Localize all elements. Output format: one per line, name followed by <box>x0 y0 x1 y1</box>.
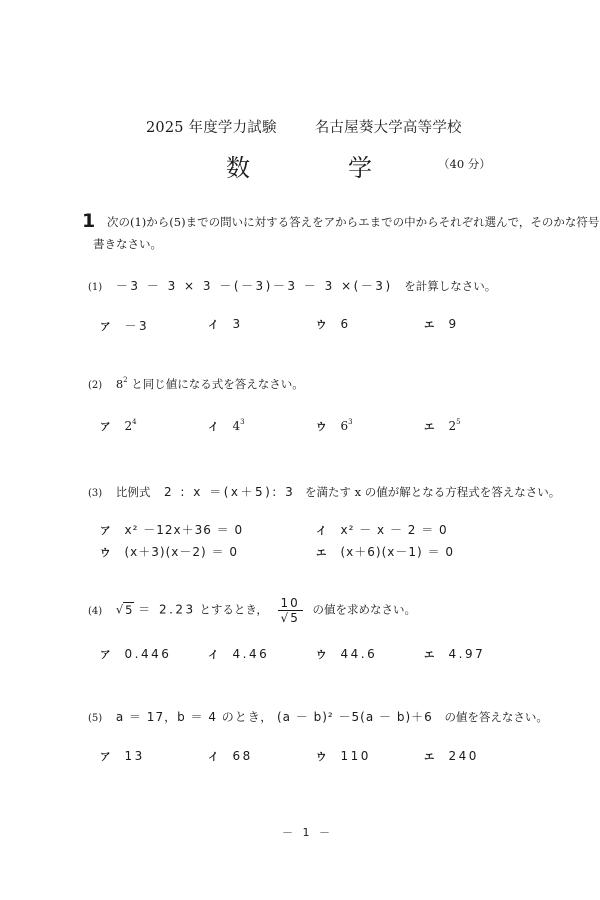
question-instruction: の値を求めなさい。 <box>312 603 416 617</box>
option-c: ウ110 <box>316 749 371 764</box>
option-b: イ43 <box>208 418 245 434</box>
question-condition: a ＝ 17，b ＝ 4 のとき， <box>116 710 273 724</box>
question-number: (1) <box>88 282 102 293</box>
question-label: 比例式 <box>116 485 151 499</box>
question-2: (2) 82 と同じ値になる式を答えなさい。 <box>88 376 304 392</box>
question-instruction: の値を答えなさい。 <box>444 710 548 724</box>
exam-title: 2025 年度学力試験 <box>146 120 277 136</box>
option-d: エ240 <box>424 749 479 764</box>
question-expression: 82 <box>116 377 128 391</box>
instruction-line-2: 書きなさい。 <box>93 236 162 252</box>
question-expression: 2 : x ＝(x＋5): 3 <box>164 485 295 499</box>
instruction-line-1: 次の(1)から(5)までの問いに対する答えをアからエまでの中からそれぞれ選んで，… <box>107 214 600 230</box>
option-d: エ9 <box>424 317 459 332</box>
question-1: (1) －3 － 3 × 3 －(－3)－3 － 3 ×(－3) を計算しなさい… <box>88 277 496 294</box>
section-number: 1 <box>82 210 95 232</box>
option-a: ア13 <box>100 749 145 764</box>
sqrt-expression: √5 <box>116 602 135 617</box>
given-value: ＝ 2.23 <box>138 603 196 617</box>
question-number: (5) <box>88 713 102 724</box>
option-a: ア－3 <box>100 317 149 334</box>
question-number: (4) <box>88 606 102 617</box>
question-expression: －3 － 3 × 3 －(－3)－3 － 3 ×(－3) <box>116 279 393 293</box>
question-instruction: を満たす x の値が解となる方程式を答えなさい。 <box>305 485 560 499</box>
question-number: (3) <box>88 488 102 499</box>
option-a: アx² －12x＋36 ＝ 0 <box>100 521 243 538</box>
question-4: (4) √5 ＝ 2.23 とするとき， 10√5 の値を求めなさい。 <box>88 596 416 625</box>
option-b: イ4.46 <box>208 647 269 662</box>
option-c: ウ6 <box>316 317 351 332</box>
option-c: ウ63 <box>316 418 353 434</box>
option-c: ウ(x＋3)(x－2) ＝ 0 <box>100 543 238 560</box>
fraction: 10√5 <box>278 596 303 625</box>
option-d: エ4.97 <box>424 647 485 662</box>
option-a: ア24 <box>100 418 137 434</box>
question-instruction: と同じ値になる式を答えなさい。 <box>131 377 304 391</box>
question-number: (2) <box>88 380 102 391</box>
question-5: (5) a ＝ 17，b ＝ 4 のとき， (a － b)² －5(a － b)… <box>88 708 548 725</box>
question-3: (3) 比例式 2 : x ＝(x＋5): 3 を満たす x の値が解となる方程… <box>88 483 560 500</box>
page-number: － 1 － <box>282 824 333 840</box>
subject-title-char-1: 数 <box>226 148 250 183</box>
option-d: エ(x＋6)(x－1) ＝ 0 <box>316 543 454 560</box>
exam-duration: （40 分） <box>438 156 491 172</box>
question-instruction: を計算しなさい。 <box>404 279 496 293</box>
option-c: ウ44.6 <box>316 647 377 662</box>
option-a: ア0.446 <box>100 647 171 662</box>
question-expression: (a － b)² －5(a － b)＋6 <box>277 710 433 724</box>
option-d: エ25 <box>424 418 461 434</box>
option-b: イ68 <box>208 749 253 764</box>
subject-title-char-2: 学 <box>348 148 372 183</box>
option-b: イx² － x － 2 ＝ 0 <box>316 521 448 538</box>
option-b: イ3 <box>208 317 243 332</box>
school-name: 名古屋葵大学高等学校 <box>315 120 462 136</box>
question-middle: とするとき， <box>199 603 268 617</box>
exam-header: 2025 年度学力試験名古屋葵大学高等学校 <box>146 116 462 137</box>
